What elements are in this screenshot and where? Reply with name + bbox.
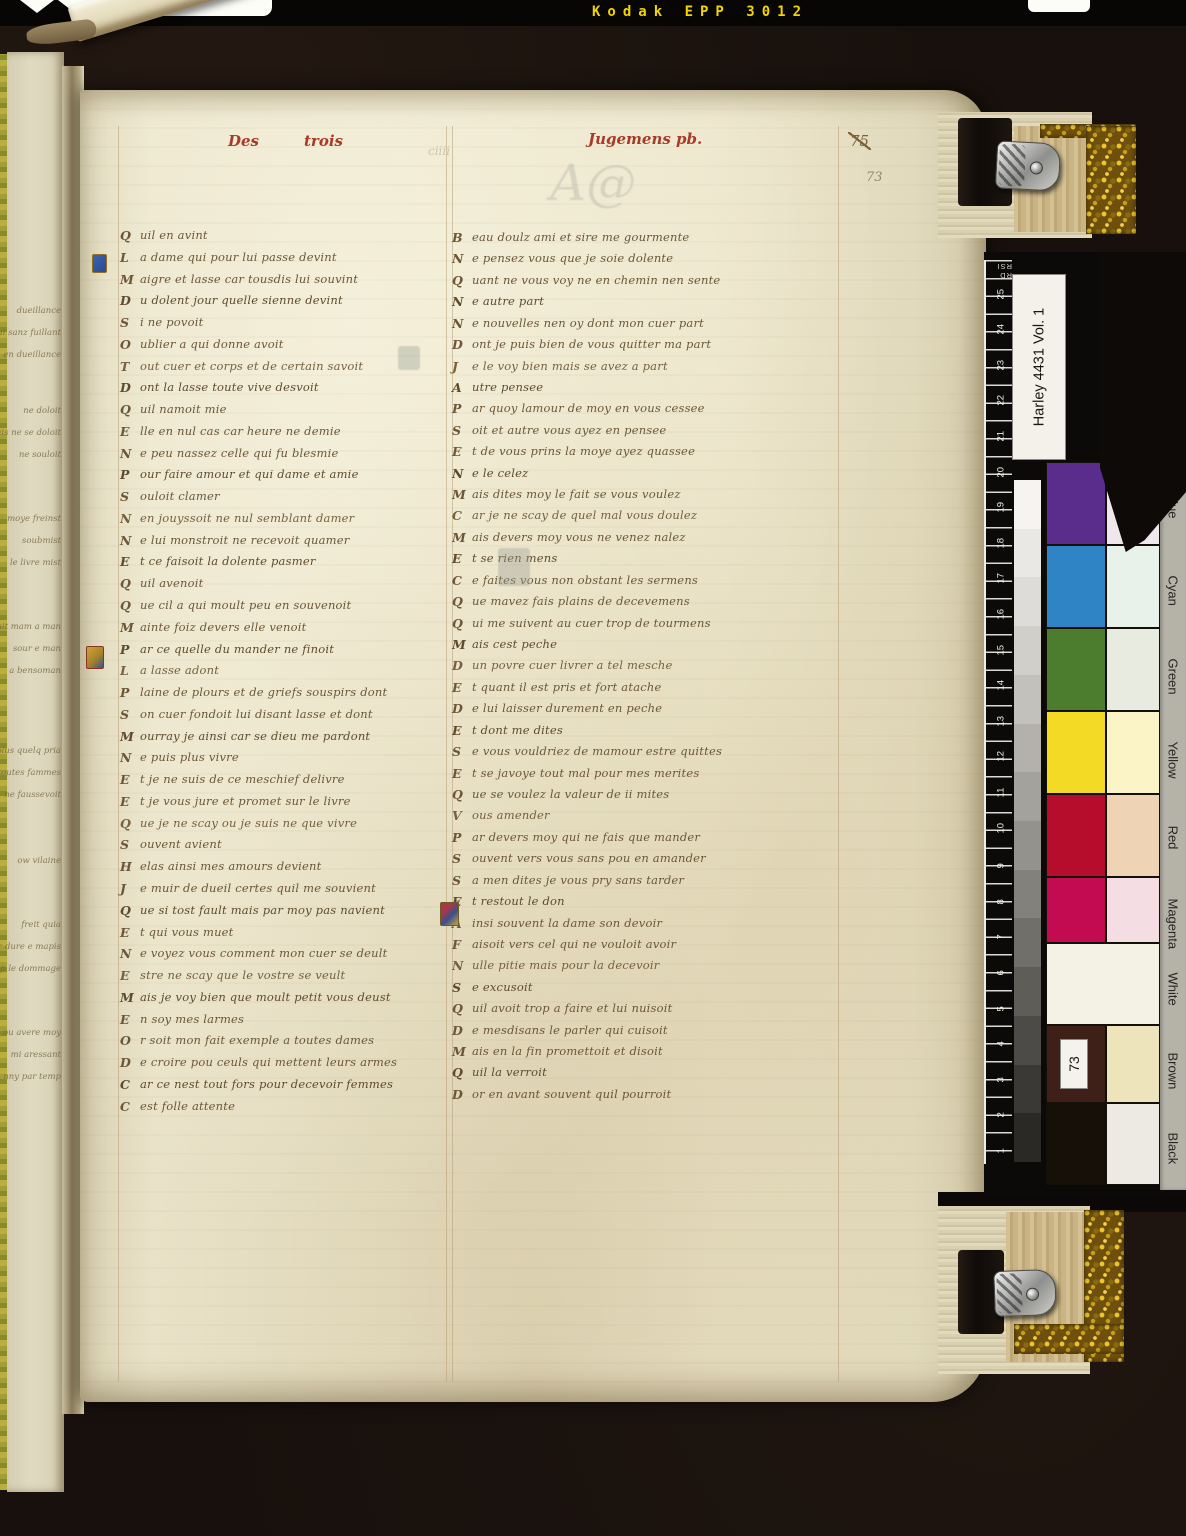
ruler-number: 7 (996, 920, 1007, 940)
facing-page-text-fragment: le plus quelq pria (0, 746, 61, 756)
verse-text: our faire amour et qui dame et amie (140, 467, 359, 482)
verse-initial: E (452, 723, 472, 738)
verse-initial: M (120, 990, 140, 1005)
verse-line: Cest folle attente (120, 1099, 452, 1114)
illuminated-initial (86, 646, 104, 669)
running-header-center: Jugemens pb. (588, 130, 702, 148)
patch-name-strip: BlueCyanGreenYellowRedMagentaWhiteBrownB… (1160, 464, 1186, 1190)
verse-initial: N (120, 511, 140, 526)
ruler-number: 3 (996, 1062, 1007, 1082)
verse-initial: M (452, 1044, 472, 1059)
verse-line: Ne pensez vous que je soie dolente (452, 251, 786, 266)
verse-initial: Q (452, 787, 472, 802)
binder-clip-bottom (993, 1269, 1057, 1317)
verse-line: Ne puis plus vivre (120, 750, 452, 765)
ruler-number: 15 (996, 635, 1007, 655)
facing-page-text-fragment: lui sanz fuillant (0, 328, 61, 338)
verse-line: Que si tost fault mais par moy pas navie… (120, 903, 452, 918)
verse-text: u dolent jour quelle sienne devint (140, 293, 343, 308)
verse-line: Or soit mon fait exemple a toutes dames (120, 1033, 452, 1048)
ruler-number: 10 (996, 813, 1007, 833)
verse-initial: N (452, 958, 472, 973)
verse-text: ar ce nest tout fors pour decevoir femme… (140, 1077, 393, 1092)
verse-initial: E (120, 772, 140, 787)
verse-initial: T (120, 359, 140, 374)
verse-text: uil la verroit (472, 1065, 547, 1080)
verse-text: e lui laisser durement en peche (472, 701, 662, 716)
verse-text: ue cil a qui moult peu en souvenoit (140, 598, 351, 613)
verse-text: ublier a qui donne avoit (140, 337, 284, 352)
header-show-through: ciiii (428, 144, 450, 158)
ruler-number: 9 (996, 849, 1007, 869)
patch-label-black: Black (1166, 1133, 1181, 1159)
verse-line: Ne nouvelles nen oy dont mon cuer part (452, 316, 786, 331)
verse-text: e nouvelles nen oy dont mon cuer part (472, 316, 704, 331)
ruler-number: 23 (996, 350, 1007, 370)
verse-text: e muir de dueil certes quil me souvient (140, 881, 376, 896)
cover-corner-flap (1100, 252, 1186, 552)
verse-initial: A (452, 380, 472, 395)
verse-text: ue si tost fault mais par moy pas navien… (140, 903, 385, 918)
verse-line: Quil la verroit (452, 1065, 786, 1080)
show-through-initial (498, 548, 530, 586)
verse-text: e lui monstroit ne recevoit quamer (140, 533, 349, 548)
verse-text: e croire pou ceuls qui mettent leurs arm… (140, 1055, 397, 1070)
verse-initial: N (452, 251, 472, 266)
verse-initial: J (120, 881, 140, 896)
patch-label-yellow: Yellow (1166, 741, 1181, 767)
ruler-number: 5 (996, 991, 1007, 1011)
verse-initial: D (452, 1087, 472, 1102)
verse-line: Et de vous prins la moye ayez quassee (452, 444, 786, 459)
verse-text: e voyez vous comment mon cuer se deult (140, 946, 387, 961)
ruler-number: 12 (996, 742, 1007, 762)
verse-text: a dame qui pour lui passe devint (140, 250, 337, 265)
verse-text: ar quoy lamour de moy en vous cessee (472, 401, 705, 416)
verse-line: Mais je voy bien que moult petit vous de… (120, 990, 452, 1005)
facing-page-text-fragment: soubmist (22, 536, 61, 546)
verse-initial: E (452, 680, 472, 695)
verse-line: Et dont me dites (452, 723, 786, 738)
verse-text: ais je voy bien que moult petit vous deu… (140, 990, 391, 1005)
verse-initial: D (120, 1055, 140, 1070)
verse-line: Mais dites moy le fait se vous voulez (452, 487, 786, 502)
ruler-number: 25 (996, 279, 1007, 299)
verse-text: i ne povoit (140, 315, 203, 330)
ruler-number: 4 (996, 1027, 1007, 1047)
verse-line: Ainsi souvent la dame son devoir (452, 916, 786, 931)
patch-yellow-tint (1106, 711, 1160, 794)
verse-line: En soy mes larmes (120, 1012, 452, 1027)
grayscale-step (1014, 918, 1041, 967)
verse-line: Et quant il est pris et fort atache (452, 680, 786, 695)
verse-initial: Q (452, 273, 472, 288)
verse-line: Que je ne scay ou je suis ne que vivre (120, 816, 452, 831)
verse-text: t se javoye tout mal pour mes merites (472, 766, 700, 781)
verse-line: Par devers moy qui ne fais que mander (452, 830, 786, 845)
verse-text: uant ne vous voy ne en chemin nen sente (472, 273, 720, 288)
verse-line: Et je ne suis de ce meschief delivre (120, 772, 452, 787)
grayscale-step (1014, 1065, 1041, 1114)
grayscale-step (1014, 675, 1041, 724)
verse-initial: D (452, 701, 472, 716)
illuminated-initial (440, 902, 459, 926)
verse-line: Et restout le don (452, 894, 786, 909)
verse-line: De mesdisans le parler qui cuisoit (452, 1023, 786, 1038)
verse-initial: M (452, 637, 472, 652)
verse-text: uil avenoit (140, 576, 203, 591)
verse-line: Que mavez fais plains de decevemens (452, 594, 786, 609)
verse-text: ous amender (472, 808, 550, 823)
verse-initial: E (120, 1012, 140, 1027)
verse-line: Plaine de plours et de griefs souspirs d… (120, 685, 452, 700)
facing-page-text-fragment: dueillance (17, 306, 61, 316)
film-edge-mark (1028, 0, 1090, 12)
facing-page-text-fragment: ne faussevoit (4, 790, 61, 800)
ruler-number: 21 (996, 422, 1007, 442)
ruler-number: 14 (996, 671, 1007, 691)
verse-text: e vous vouldriez de mamour estre quittes (472, 744, 722, 759)
verse-text: ue mavez fais plains de decevemens (472, 594, 690, 609)
facing-page-text-fragment: sour e man (13, 644, 61, 654)
verse-text: t je vous jure et promet sur le livre (140, 794, 351, 809)
verse-line: Dun povre cuer livrer a tel mesche (452, 658, 786, 673)
verse-text: insi souvent la dame son devoir (472, 916, 662, 931)
patch-blue (1046, 462, 1106, 545)
running-header-left: Des (228, 132, 259, 150)
ruler-number: 19 (996, 493, 1007, 513)
patch-black-tint (1106, 1103, 1160, 1185)
verse-text: un povre cuer livrer a tel mesche (472, 658, 672, 673)
verse-text: aigre et lasse car tousdis lui souvint (140, 272, 358, 287)
verse-text: ais cest peche (472, 637, 557, 652)
verse-initial: S (120, 707, 140, 722)
facing-page-text-fragment: nny par temp (3, 1072, 61, 1082)
color-calibration-target: RD RSI 123456789101112131415161718192021… (984, 252, 1186, 1198)
ruler-number: 16 (996, 600, 1007, 620)
facing-page-text-fragment: fait mam a man (0, 622, 61, 632)
facing-page-text-fragment: pour dure e mapis (0, 942, 61, 952)
verse-initial: C (452, 573, 472, 588)
verse-initial: O (120, 337, 140, 352)
verse-line: Beau doulz ami et sire me gourmente (452, 230, 786, 245)
verse-initial: N (452, 294, 472, 309)
verse-text: t ce faisoit la dolente pasmer (140, 554, 316, 569)
verse-initial: Q (120, 903, 140, 918)
verse-line: Pour faire amour et qui dame et amie (120, 467, 452, 482)
facing-page-text-fragment: ou avere moy (3, 1028, 61, 1038)
grayscale-step (1014, 529, 1041, 578)
folio-number-new: 73 (866, 170, 883, 185)
verse-text: en jouyssoit ne nul semblant damer (140, 511, 354, 526)
verse-initial: Q (452, 594, 472, 609)
verse-initial: P (452, 401, 472, 416)
verse-initial: J (452, 359, 472, 374)
verse-text: lle en nul cas car heure ne demie (140, 424, 341, 439)
verse-initial: P (120, 467, 140, 482)
verse-line: Par quoy lamour de moy en vous cessee (452, 401, 786, 416)
verse-line: Et je vous jure et promet sur le livre (120, 794, 452, 809)
calibration-ruler: RD RSI 123456789101112131415161718192021… (984, 260, 1012, 1164)
verse-line: Et ce faisoit la dolente pasmer (120, 554, 452, 569)
verse-line: Nulle pitie mais pour la decevoir (452, 958, 786, 973)
grayscale-step (1014, 1113, 1041, 1162)
verse-line: Car je ne scay de quel mal vous doulez (452, 508, 786, 523)
verse-text: e puis plus vivre (140, 750, 239, 765)
patch-cyan-tint (1106, 545, 1160, 628)
verse-initial: E (120, 554, 140, 569)
patch-black (1046, 1103, 1106, 1185)
illuminated-initial (92, 254, 107, 273)
ruler-number: 18 (996, 528, 1007, 548)
verse-line: Maigre et lasse car tousdis lui souvint (120, 272, 452, 287)
verse-text: ainte foiz devers elle venoit (140, 620, 306, 635)
verse-line: Se excusoit (452, 980, 786, 995)
verse-text: on cuer fondoit lui disant lasse et dont (140, 707, 373, 722)
verse-line: La lasse adont (120, 663, 452, 678)
facing-page-text-fragment: luis ne se doloit (0, 428, 61, 438)
verse-text: e mesdisans le parler qui cuisoit (472, 1023, 668, 1038)
verse-initial: D (452, 337, 472, 352)
color-patches: 73 (1046, 462, 1160, 1185)
verse-initial: S (452, 744, 472, 759)
verse-initial: E (120, 424, 140, 439)
grayscale-step (1014, 577, 1041, 626)
verse-text: ais devers moy vous ne venez nalez (472, 530, 686, 545)
facing-page-text-fragment: le livre mist (10, 558, 61, 568)
verse-line: Faisoit vers cel qui ne vouloit avoir (452, 937, 786, 952)
ruler-number: 24 (996, 315, 1007, 335)
patch-green (1046, 628, 1106, 711)
facing-page-text-fragment: a bensoman (9, 666, 61, 676)
verse-text: e le voy bien mais se avez a part (472, 359, 668, 374)
verse-line: Mourray je ainsi car se dieu me pardont (120, 729, 452, 744)
ruler-top-text: RD RSI (985, 262, 1012, 280)
photo-frame: Kodak EPP 3012 dueillancelui sanz fuilla… (0, 0, 1186, 1536)
verse-text: t de vous prins la moye ayez quassee (472, 444, 695, 459)
verse-line: Dont la lasse toute vive desvoit (120, 380, 452, 395)
verse-initial: D (452, 1023, 472, 1038)
verse-initial: D (120, 380, 140, 395)
verse-line: Car ce nest tout fors pour decevoir femm… (120, 1077, 452, 1092)
verse-line: Elle en nul cas car heure ne demie (120, 424, 452, 439)
verse-initial: E (120, 968, 140, 983)
verse-initial: Q (120, 402, 140, 417)
verse-text: stre ne scay que le vostre se veult (140, 968, 345, 983)
patch-cyan (1046, 545, 1106, 628)
verse-initial: C (120, 1077, 140, 1092)
verse-text: ue je ne scay ou je suis ne que vivre (140, 816, 357, 831)
facing-page-text-fragment: es toutes fammes (0, 768, 61, 778)
facing-page-text-fragment: ow vilaine (17, 856, 61, 866)
verse-initial: M (120, 729, 140, 744)
verse-text: uil en avint (140, 228, 208, 243)
verse-initial: O (120, 1033, 140, 1048)
patch-label-cyan: Cyan (1166, 575, 1181, 601)
verse-text: ont je puis bien de vous quitter ma part (472, 337, 711, 352)
verse-line: Quil avoit trop a faire et lui nuisoit (452, 1001, 786, 1016)
grayscale-step (1014, 821, 1041, 870)
verse-text: ue se voulez la valeur de ii mites (472, 787, 669, 802)
verse-initial: E (452, 444, 472, 459)
verse-initial: N (452, 466, 472, 481)
verse-initial: N (120, 946, 140, 961)
verse-initial: P (452, 830, 472, 845)
verse-initial: Q (452, 1065, 472, 1080)
gilt-edge-bottom (1014, 1324, 1124, 1354)
verse-text: ont la lasse toute vive desvoit (140, 380, 319, 395)
verse-line: Mainte foiz devers elle venoit (120, 620, 452, 635)
ruler-number: 1 (996, 1134, 1007, 1154)
verse-text: eau doulz ami et sire me gourmente (472, 230, 689, 245)
verse-line: La dame qui pour lui passe devint (120, 250, 452, 265)
verse-initial: P (120, 642, 140, 657)
verse-initial: M (120, 620, 140, 635)
verse-initial: Q (120, 228, 140, 243)
ruling-line (118, 126, 119, 1382)
verse-text: laine de plours et de griefs souspirs do… (140, 685, 387, 700)
grayscale-wedge (1014, 480, 1041, 1162)
verse-text: e le celez (472, 466, 528, 481)
ruling-line (838, 126, 839, 1382)
folio-sticker-text: 73 (1066, 1056, 1082, 1072)
grayscale-step (1014, 724, 1041, 773)
verse-initial: D (452, 658, 472, 673)
facing-page-sliver: dueillancelui sanz fuillanten dueillance… (7, 52, 64, 1492)
verse-text: est folle attente (140, 1099, 235, 1114)
verse-text: ulle pitie mais pour la decevoir (472, 958, 659, 973)
verse-line: Que se voulez la valeur de ii mites (452, 787, 786, 802)
verse-initial: B (452, 230, 472, 245)
verse-line: Souvent avient (120, 837, 452, 852)
verse-text: uil avoit trop a faire et lui nuisoit (472, 1001, 673, 1016)
facing-page-text-fragment: mi trop le dommage (0, 964, 61, 974)
verse-initial: P (120, 685, 140, 700)
verse-text: ouvent avient (140, 837, 222, 852)
verse-text: aisoit vers cel qui ne vouloit avoir (472, 937, 676, 952)
verse-text: r soit mon fait exemple a toutes dames (140, 1033, 374, 1048)
verse-initial: M (120, 272, 140, 287)
verse-line: Du dolent jour quelle sienne devint (120, 293, 452, 308)
verse-text: t dont me dites (472, 723, 563, 738)
verse-line: Vous amender (452, 808, 786, 823)
verse-line: Ne autre part (452, 294, 786, 309)
verse-line: Se vous vouldriez de mamour estre quitte… (452, 744, 786, 759)
verse-initial: S (452, 423, 472, 438)
verse-line: De lui laisser durement en peche (452, 701, 786, 716)
verse-line: Je le voy bien mais se avez a part (452, 359, 786, 374)
verse-initial: E (120, 794, 140, 809)
verse-text: e excusoit (472, 980, 533, 995)
verse-line: Et qui vous muet (120, 925, 452, 940)
verse-text: e pensez vous que je soie dolente (472, 251, 673, 266)
verse-initial: S (120, 837, 140, 852)
verse-initial: S (452, 873, 472, 888)
verse-line: Ne voyez vous comment mon cuer se deult (120, 946, 452, 961)
verse-initial: S (120, 489, 140, 504)
verse-initial: F (452, 937, 472, 952)
verse-initial: N (452, 316, 472, 331)
ruler-number: 11 (996, 778, 1007, 798)
verse-text: ouloit clamer (140, 489, 220, 504)
facing-page-text-fragment: ne souloit (19, 450, 61, 460)
verse-text: a lasse adont (140, 663, 219, 678)
verse-line: Ne le celez (452, 466, 786, 481)
ruler-number: 8 (996, 884, 1007, 904)
verse-text: ais dites moy le fait se vous voulez (472, 487, 681, 502)
verse-line: Estre ne scay que le vostre se veult (120, 968, 452, 983)
verse-text: elas ainsi mes amours devient (140, 859, 321, 874)
folio-number-old: 75 (848, 132, 871, 150)
verse-text: ar ce quelle du mander ne finoit (140, 642, 334, 657)
verse-line: Mais en la fin promettoit et disoit (452, 1044, 786, 1059)
patch-white (1046, 943, 1160, 1025)
verse-initial: N (120, 446, 140, 461)
verse-text: ar devers moy qui ne fais que mander (472, 830, 700, 845)
ruler-number: 2 (996, 1098, 1007, 1118)
verse-initial: L (120, 250, 140, 265)
grayscale-step (1014, 1016, 1041, 1065)
verse-line: Dont je puis bien de vous quitter ma par… (452, 337, 786, 352)
patch-yellow (1046, 711, 1106, 794)
verse-initial: M (452, 487, 472, 502)
running-header-left-2: trois (304, 132, 343, 150)
verse-line: Helas ainsi mes amours devient (120, 859, 452, 874)
verse-line: Ne lui monstroit ne recevoit quamer (120, 533, 452, 548)
verse-initial: Q (120, 576, 140, 591)
patch-label-magenta: Magenta (1166, 899, 1181, 925)
grayscale-step (1014, 772, 1041, 821)
ruler-number: 20 (996, 457, 1007, 477)
verse-initial: H (120, 859, 140, 874)
facing-page-text-fragment: mi aressant (11, 1050, 61, 1060)
verse-line: Quant ne vous voy ne en chemin nen sente (452, 273, 786, 288)
verse-initial: D (120, 293, 140, 308)
verse-text: t restout le don (472, 894, 565, 909)
verse-text: n soy mes larmes (140, 1012, 244, 1027)
film-brand-label: Kodak EPP 3012 (592, 4, 808, 20)
verse-text: ais en la fin promettoit et disoit (472, 1044, 663, 1059)
show-through-initial (398, 346, 420, 370)
grayscale-step (1014, 967, 1041, 1016)
verse-text: ui me suivent au cuer trop de tourmens (472, 616, 711, 631)
verse-text: oit et autre vous ayez en pensee (472, 423, 666, 438)
verse-initial: E (452, 766, 472, 781)
patch-label-green: Green (1166, 658, 1181, 684)
verse-line: Son cuer fondoit lui disant lasse et don… (120, 707, 452, 722)
verse-initial: C (452, 508, 472, 523)
facing-page-text-fragment: en dueillance (3, 350, 61, 360)
verse-initial: V (452, 808, 472, 823)
verse-line: De croire pou ceuls qui mettent leurs ar… (120, 1055, 452, 1070)
binder-clip-top (995, 140, 1061, 191)
verse-initial: N (120, 750, 140, 765)
verse-initial: Q (452, 616, 472, 631)
verse-text: out cuer et corps et de certain savoit (140, 359, 363, 374)
verse-initial: M (452, 530, 472, 545)
facing-page-text-fragment: freit quia (21, 920, 61, 930)
verse-line: Soit et autre vous ayez en pensee (452, 423, 786, 438)
verse-initial: L (120, 663, 140, 678)
patch-magenta (1046, 877, 1106, 943)
patch-brown-tint (1106, 1025, 1160, 1103)
verse-text: uil namoit mie (140, 402, 227, 417)
verse-text: or en avant souvent quil pourroit (472, 1087, 671, 1102)
verse-line: Mais devers moy vous ne venez nalez (452, 530, 786, 545)
verse-text: e autre part (472, 294, 544, 309)
verse-text: a men dites je vous pry sans tarder (472, 873, 684, 888)
verse-initial: Q (120, 816, 140, 831)
